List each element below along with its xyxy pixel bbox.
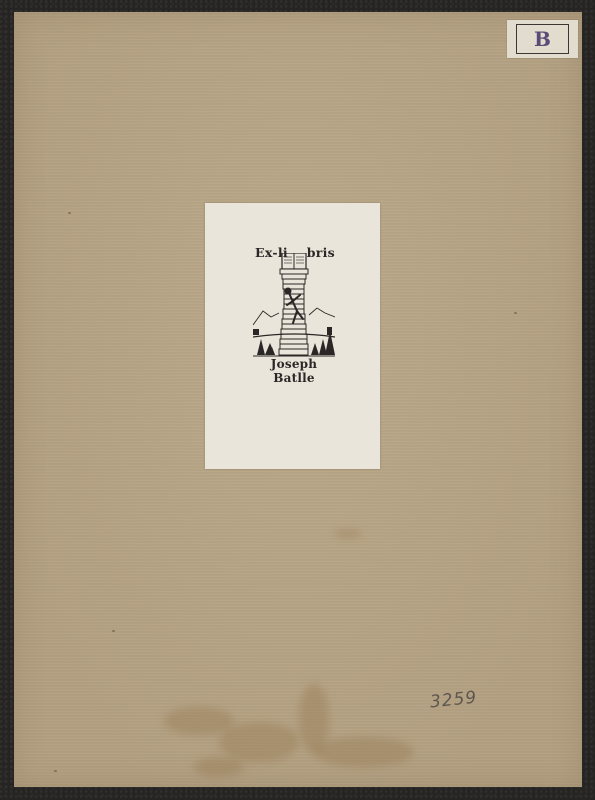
label-letter: B bbox=[534, 29, 551, 49]
ex-libris-heading: Ex-li bris bbox=[255, 245, 335, 259]
book-tower-illustration-icon bbox=[253, 253, 335, 363]
speck bbox=[54, 770, 57, 772]
speck bbox=[514, 312, 517, 314]
ex-libris-left: Ex-li bbox=[255, 245, 288, 260]
water-stain bbox=[219, 722, 299, 762]
label-frame: B bbox=[516, 24, 569, 54]
owner-name: Joseph Batlle bbox=[250, 357, 338, 385]
water-stain bbox=[314, 737, 414, 767]
water-stain bbox=[164, 707, 234, 735]
ex-libris-bookplate: Ex-li bris Joseph Batlle bbox=[205, 203, 380, 469]
ex-libris-right: bris bbox=[307, 245, 335, 260]
speck bbox=[68, 212, 71, 214]
water-stain bbox=[194, 757, 244, 777]
collection-label: B bbox=[507, 20, 578, 58]
water-stain bbox=[334, 530, 362, 538]
speck bbox=[112, 630, 115, 632]
